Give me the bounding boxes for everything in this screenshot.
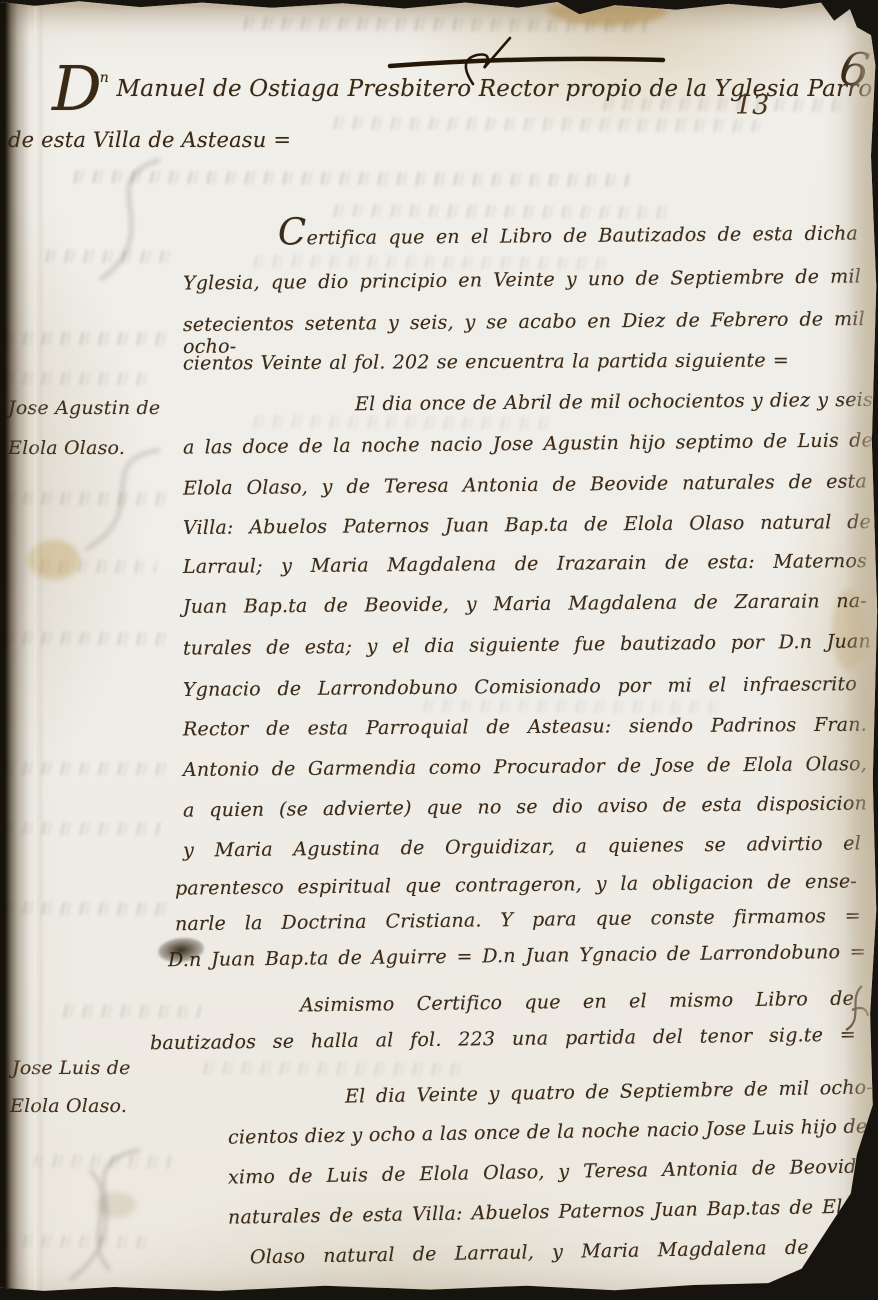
bleedthrough-line	[419, 699, 721, 714]
record-line: Antonio de Garmendia como Procurador de …	[183, 754, 867, 782]
record-line: y Maria Agustina de Orguidizar, a quiene…	[183, 833, 861, 862]
page-edge-right	[844, 0, 878, 1300]
binding-gutter	[0, 0, 30, 1300]
heading-initial: D	[52, 52, 100, 125]
record-line: El dia once de Abril de mil ochocientos …	[355, 390, 873, 416]
margin-note: Jose Agustin de	[8, 398, 160, 420]
bleedthrough-line	[249, 415, 551, 430]
bleedthrough-line	[329, 204, 671, 219]
bleedthrough-line	[199, 1061, 461, 1076]
record-line: Larraul; y Maria Magdalena de Irazarain …	[183, 551, 867, 579]
cert-line: cientos Veinte al fol. 202 se encuentra …	[183, 350, 789, 375]
record-line: Rector de esta Parroquial de Asteasu: si…	[183, 715, 867, 742]
record-line: Ygnacio de Larrondobuno Comisionado por …	[183, 674, 857, 702]
signature-line: D.n Juan Bap.ta de Aguirre = D.n Juan Yg…	[168, 942, 866, 972]
cert-line: Certifica que en el Libro de Bautizados …	[278, 223, 858, 250]
record-line: a las doce de la noche nacio Jose Agusti…	[183, 430, 873, 459]
record-line: El dia Veinte y quatro de Septiembre de …	[345, 1077, 873, 1108]
bleedthrough-line	[329, 116, 760, 132]
record-line: Villa: Abuelos Paternos Juan Bap.ta de E…	[183, 512, 871, 540]
record-line: naturales de esta Villa: Abuelos Paterno…	[228, 1196, 872, 1229]
record-line: parentesco espiritual que contrageron, y…	[175, 871, 857, 900]
scanned-manuscript: { "page": { "number": "13", "corner_mark…	[0, 0, 878, 1300]
record-line: ximo de Luis de Elola Olaso, y Teresa An…	[228, 1156, 868, 1189]
manuscript-page: 13 6 Dn Manuel de Ostiaga Presbitero Rec…	[0, 0, 878, 1300]
heading-line-2: de esta Villa de Asteasu =	[8, 128, 291, 152]
bleedthrough-line	[59, 1005, 201, 1019]
torn-edge-top	[0, 0, 878, 13]
heading-text: Manuel de Ostiaga Presbitero Rector prop…	[116, 76, 878, 102]
paper-crease	[34, 0, 44, 1300]
heading-initial-superscript: n	[100, 70, 109, 86]
bleedthrough-flourish	[30, 1140, 180, 1290]
cert-line: Asimismo Certifico que en el mismo Libro…	[300, 989, 854, 1018]
record-line: cientos diez y ocho a las once de la noc…	[228, 1116, 874, 1149]
heading-line-1: Dn Manuel de Ostiaga Presbitero Rector p…	[52, 70, 878, 107]
record-line: turales de esta; y el dia siguiente fue …	[183, 631, 871, 660]
bleedthrough-flourish	[70, 150, 190, 290]
record-line: Olaso natural de Larraul, y Maria Magdal…	[250, 1237, 862, 1270]
record-line: Elola Olaso, y de Teresa Antonia de Beov…	[183, 471, 867, 500]
record-line: narle la Doctrina Cristiana. Y para que …	[175, 906, 861, 936]
record-line: Juan Bap.ta de Beovide, y Maria Magdalen…	[183, 591, 867, 619]
cert-line: bautizados se halla al fol. 223 una part…	[150, 1025, 856, 1055]
cert-line: Yglesia, que dio principio en Veinte y u…	[183, 266, 861, 295]
record-line: a quien (se advierte) que no se dio avis…	[183, 793, 867, 822]
